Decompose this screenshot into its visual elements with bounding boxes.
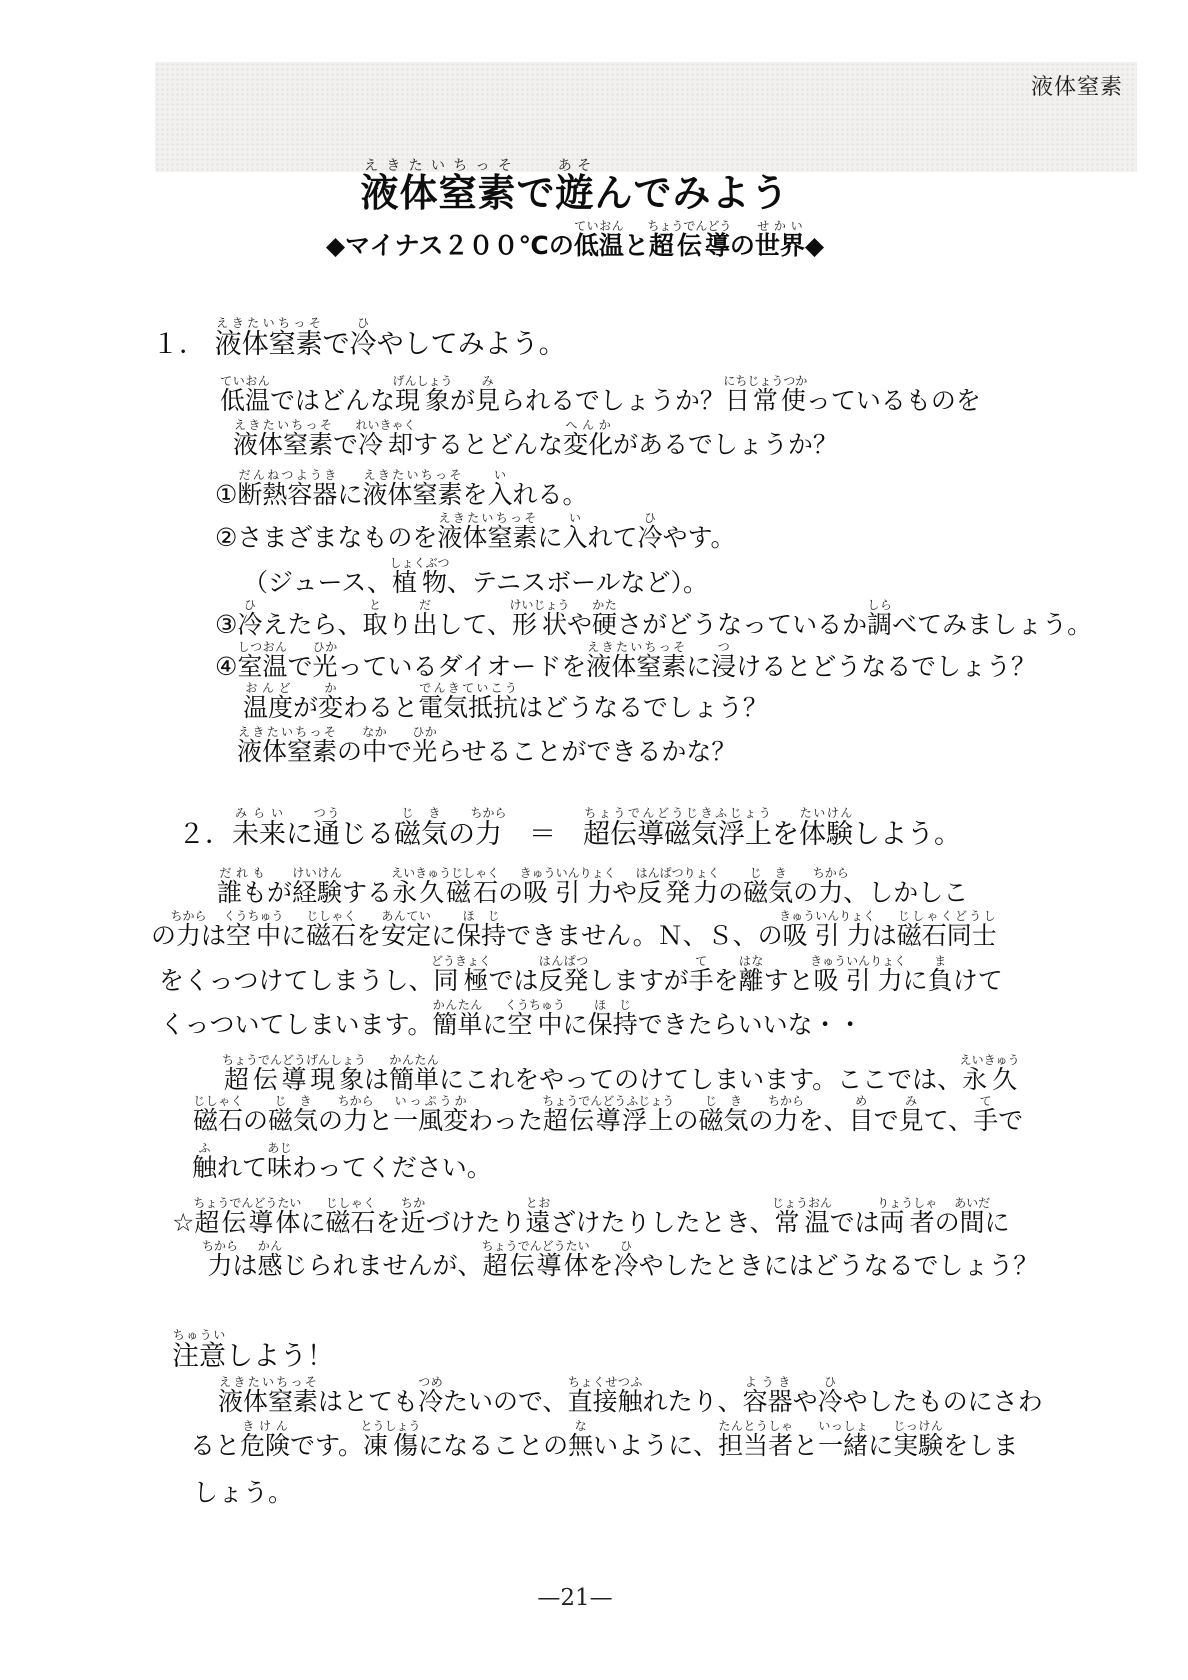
section2-para1-line-1: 誰もだれもが経験けいけんする永久磁石えいきゅうじしゃくの吸引力きゅういんりょくや… (217, 866, 968, 910)
section2-para2-line-2: 磁石じしゃくの磁気じきの力ちからと一風変いっぷうかわった超伝導浮上ちょうでんどう… (193, 1094, 1023, 1138)
corner-label: 液体窒素 (1031, 70, 1123, 101)
caution-line-3: しょう。 (193, 1477, 293, 1510)
list-item-4-question-1: 温度おんどが変かわると電気抵抗でんきていこうはどうなるでしょう？ (243, 681, 768, 725)
page-number: —21— (0, 1585, 1150, 1611)
section1-intro-line-2: 液体窒素えきたいちっそで冷却れいきゃくするとどんな変化へんかがあるでしょうか？ (233, 418, 838, 462)
list-item-4: ④室温しつおんで光ひかっているダイオードを液体窒素えきたいちっそに浸つけるとどう… (215, 640, 1036, 684)
page-subtitle: ◆マイナス２００℃の低温ていおんと超伝導ちょうでんどうの世界せかい◆ (0, 219, 1150, 263)
page-title: 液体窒素えきたいちっそで遊あそんでみよう (0, 158, 1150, 218)
caution-line-1: 液体窒素えきたいちっそはとても冷つめたいので、直接触ちょくせつふれたり、容器よう… (218, 1375, 1043, 1419)
caution-line-2: ると危険きけんです。凍傷とうしょうになることの無ないように、担当者たんとうしゃと… (190, 1419, 1018, 1463)
header-box: 液体窒素 (155, 62, 1137, 172)
document-page: 液体窒素 液体窒素えきたいちっそで遊あそんでみよう ◆マイナス２００℃の低温てい… (0, 0, 1188, 1680)
list-item-4-question-2: 液体窒素えきたいちっその中なかで光ひからせることができるかな？ (237, 725, 736, 769)
section2-heading: ２．未来みらいに通つうじる磁気じきの力ちから ＝ 超伝導磁気浮上ちょうでんどうじ… (178, 806, 961, 852)
list-item-1: ①断熱容器だんねつようきに液体窒素えきたいちっそを入いれる。 (215, 468, 588, 512)
section2-para2-line-1: 超伝導現象ちょうでんどうげんしょうは簡単かんたんにこれをやってのけてしまいます。… (222, 1053, 1020, 1097)
section2-para1-line-2: の力ちからは空中くうちゅうに磁石じしゃくを安定あんていに保持ほじできません。Ｎ、… (151, 909, 997, 953)
caution-heading: 注意ちゅういしよう！ (172, 1328, 334, 1374)
list-item-2-note: （ジュース、植物しょくぶつ、テニスボールなど）。 (243, 556, 708, 600)
star-note-line-1: ☆超伝導体ちょうでんどうたいに磁石じしゃくを近ちかづけたり遠とおざけたりしたとき… (172, 1196, 1010, 1240)
list-item-2: ②さまざまなものを液体窒素えきたいちっそに入いれて冷ひやす。 (215, 511, 736, 555)
section2-para1-line-3: をくっつけてしまうし、同極どうきょくでは反発はんぱつしますが手てを離はなすと吸引… (159, 954, 1003, 998)
star-note-line-2: 力ちからは感かんじられませんが、超伝導体ちょうでんどうたいを冷ひやしたときにはど… (202, 1239, 1038, 1283)
section2-para2-line-3: 触ふれて味あじわってください。 (192, 1141, 492, 1185)
section1-intro-line-1: 低温ていおんではどんな現象げんしょうが見みられるでしょうか？日常使にちじょうつか… (220, 374, 981, 418)
section2-para1-line-4: くっついてしまいます。簡単かんたんに空中くうちゅうに保持ほじできたらいいな・・ (160, 998, 863, 1042)
section1-heading: １． 液体窒素えきたいちっそで冷ひやしてみよう。 (152, 316, 566, 362)
list-item-3: ③冷ひえたら、取とり出だして、形状けいじょうや硬かたさがどうなっているか調しらべ… (215, 598, 1092, 642)
